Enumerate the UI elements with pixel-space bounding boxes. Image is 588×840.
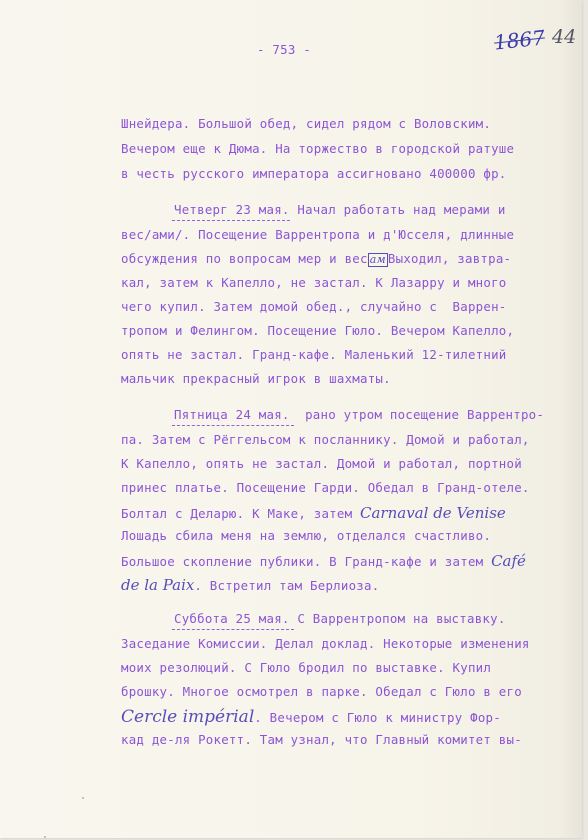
text-line: Заседание Комиссии. Делал доклад. Некото… bbox=[121, 638, 530, 650]
text-line: тропом и Фелингом. Посещение Гюло. Вечер… bbox=[121, 325, 514, 337]
text-line: кал, затем к Капелло, не застал. К Лазар… bbox=[121, 277, 507, 289]
handwritten-insert: Cercle impérial bbox=[121, 707, 254, 727]
text-fragment: Начал работать над мерами и bbox=[290, 202, 506, 217]
text-line: чего купил. Затем домой обед., случайно … bbox=[121, 301, 507, 313]
paper-speck bbox=[44, 836, 46, 838]
entry-heading-line: Четверг 23 мая. Начал работать над мерам… bbox=[174, 204, 506, 216]
text-line: Шнейдера. Большой обед, сидел рядом с Во… bbox=[121, 118, 491, 130]
date-underline bbox=[172, 425, 294, 426]
handwritten-insert: Carnaval de Venise bbox=[360, 504, 506, 522]
text-line-with-handwriting: Большое скопление публики. В Гранд-кафе … bbox=[121, 554, 526, 569]
text-line: мальчик прекрасный игрок в шахматы. bbox=[121, 373, 391, 385]
text-line: моих резолюций. С Гюло бродил по выставк… bbox=[121, 662, 491, 674]
date-underline bbox=[172, 629, 294, 630]
text-fragment: . Вечером с Гюло к министру Фор- bbox=[254, 710, 501, 725]
handwritten-folio-number: 44 bbox=[552, 28, 576, 47]
text-fragment: С Варрентропом на выставку. bbox=[290, 611, 506, 626]
text-line: принес платье. Посещение Гарди. Обедал в… bbox=[121, 482, 530, 494]
text-fragment: Выходил, завтра- bbox=[388, 251, 511, 266]
text-line: кад де-ля Рокетт. Там узнал, что Главный… bbox=[121, 734, 522, 746]
text-line: па. Затем с Рёггельсом к посланнику. Дом… bbox=[121, 434, 530, 446]
document-page: - 753 - 1867 44 Шнейдера. Большой обед, … bbox=[0, 0, 582, 838]
text-line-with-handwriting: de la Paix. Встретил там Берлиоза. bbox=[121, 578, 379, 593]
text-fragment: обсуждения по вопросам мер и вес bbox=[121, 251, 368, 266]
text-fragment: рано утром посещение Варрентро- bbox=[290, 407, 544, 422]
text-line: опять не застал. Гранд-кафе. Маленький 1… bbox=[121, 349, 507, 361]
text-line: Лошадь сбила меня на землю, отделался сч… bbox=[121, 530, 491, 542]
entry-heading-line: Пятница 24 мая. рано утром посещение Вар… bbox=[174, 409, 544, 421]
text-fragment: Большое скопление публики. В Гранд-кафе … bbox=[121, 554, 491, 569]
date-underline bbox=[172, 220, 290, 221]
handwritten-insert: Café bbox=[491, 552, 526, 570]
text-line-with-handwriting: Болтал с Деларю. К Маке, затем Carnaval … bbox=[121, 506, 506, 521]
handwritten-correction: ам bbox=[368, 253, 388, 267]
text-line-with-handwriting: Cercle impérial. Вечером с Гюло к минист… bbox=[121, 709, 501, 726]
text-line: брошку. Многое осмотрел в парке. Обедал … bbox=[121, 686, 522, 698]
text-line: вес/ами/. Посещение Варрентропа и д'Юссе… bbox=[121, 229, 514, 241]
text-line: Вечером еще к Дюма. На торжество в город… bbox=[121, 143, 514, 155]
entry-heading-line: Суббота 25 мая. С Варрентропом на выстав… bbox=[174, 613, 506, 625]
text-fragment: Болтал с Деларю. К Маке, затем bbox=[121, 506, 360, 521]
text-line: в честь русского императора ассигновано … bbox=[121, 168, 507, 180]
handwritten-insert: de la Paix bbox=[121, 576, 194, 594]
text-line-with-correction: обсуждения по вопросам мер и весамВыходи… bbox=[121, 253, 511, 267]
entry-date-friday: Пятница 24 мая. bbox=[174, 407, 290, 422]
text-line: К Капелло, опять не застал. Домой и рабо… bbox=[121, 458, 522, 470]
entry-date-thursday: Четверг 23 мая. bbox=[174, 202, 290, 217]
page-number: - 753 - bbox=[257, 44, 311, 56]
text-fragment: . Встретил там Берлиоза. bbox=[194, 578, 379, 593]
handwritten-year-note: 1867 bbox=[493, 27, 546, 52]
entry-date-saturday: Суббота 25 мая. bbox=[174, 611, 290, 626]
paper-speck bbox=[82, 797, 84, 799]
